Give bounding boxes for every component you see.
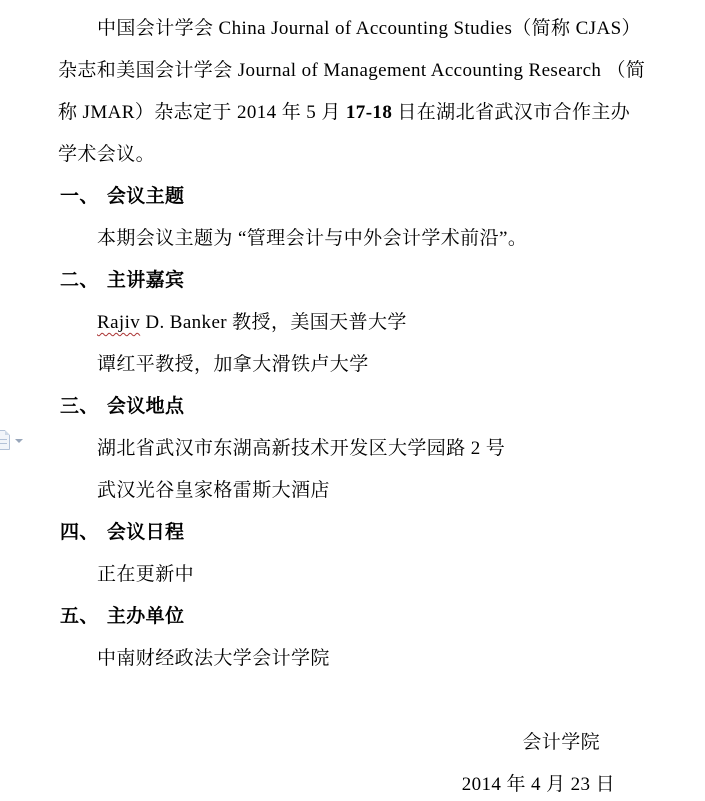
signature: 会计学院 [0, 722, 705, 764]
section-1-body: 本期会议主题为 “管理会计与中外会计学术前沿”。 [0, 218, 705, 260]
section-3-heading: 三、会议地点 [0, 386, 705, 428]
section-5-number: 五、 [60, 606, 99, 627]
intro-line3-text-post: 日在湖北省武汉市合作主办 [392, 102, 630, 123]
speaker-line-2: 谭红平教授，加拿大滑铁卢大学 [0, 344, 705, 386]
blank-line [0, 680, 705, 722]
schedule-status: 正在更新中 [0, 554, 705, 596]
misspelled-word: Rajiv [97, 312, 140, 333]
section-3-number: 三、 [60, 396, 99, 417]
section-3-title: 会议地点 [107, 396, 185, 417]
section-5-title: 主办单位 [107, 606, 185, 627]
intro-paragraph-line-3: 称 JMAR）杂志定于 2014 年 5 月 17-18 日在湖北省武汉市合作主… [0, 92, 705, 134]
organizer-name: 中南财经政法大学会计学院 [0, 638, 705, 680]
section-2-title: 主讲嘉宾 [107, 270, 185, 291]
address-line-1: 湖北省武汉市东湖高新技术开发区大学园路 2 号 [0, 428, 705, 470]
date-line: 2014 年 4 月 23 日 [0, 764, 705, 801]
section-4-number: 四、 [60, 522, 99, 543]
paste-options-button[interactable] [0, 430, 26, 454]
section-1-number: 一、 [60, 186, 99, 207]
section-4-heading: 四、会议日程 [0, 512, 705, 554]
section-5-heading: 五、主办单位 [0, 596, 705, 638]
address-line-2: 武汉光谷皇家格雷斯大酒店 [0, 470, 705, 512]
section-4-title: 会议日程 [107, 522, 185, 543]
document-page: 中国会计学会 China Journal of Accounting Studi… [0, 0, 705, 801]
section-1-title: 会议主题 [107, 186, 185, 207]
section-2-heading: 二、主讲嘉宾 [0, 260, 705, 302]
intro-line3-date-range: 17-18 [346, 102, 392, 123]
speaker-line-1: Rajiv D. Banker 教授，美国天普大学 [0, 302, 705, 344]
intro-paragraph-line-4: 学术会议。 [0, 134, 705, 176]
section-2-number: 二、 [60, 270, 99, 291]
speaker-1-rest: D. Banker 教授，美国天普大学 [140, 312, 407, 333]
intro-line3-text-pre: 称 JMAR）杂志定于 2014 年 5 月 [58, 102, 346, 123]
section-1-heading: 一、会议主题 [0, 176, 705, 218]
intro-paragraph-line-2: 杂志和美国会计学会 Journal of Management Accounti… [0, 50, 705, 92]
paste-options-icon [0, 430, 10, 450]
intro-paragraph-line-1: 中国会计学会 China Journal of Accounting Studi… [0, 8, 705, 50]
chevron-down-icon[interactable] [15, 439, 23, 443]
